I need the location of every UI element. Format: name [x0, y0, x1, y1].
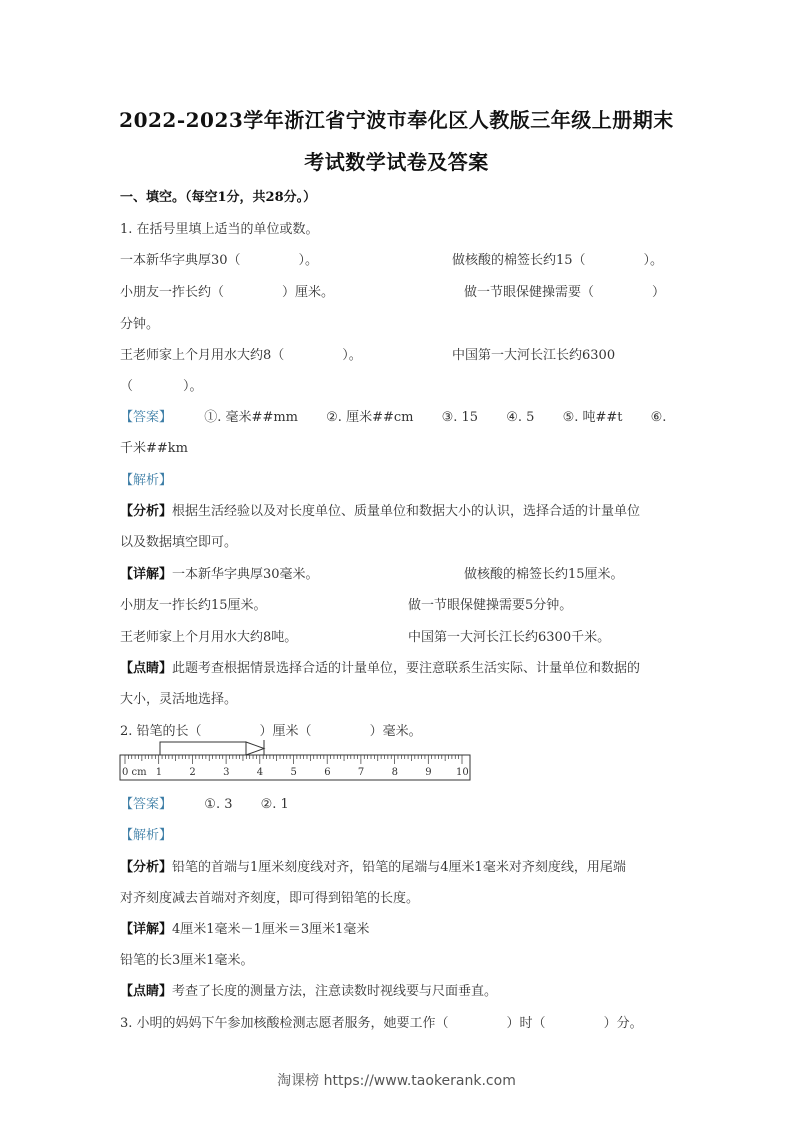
xiangjie-label: 【详解】: [120, 922, 172, 937]
answer-2: ②. 1: [261, 797, 289, 812]
q2-xiangjie-cont: 铅笔的长3厘米1毫米。: [120, 949, 254, 968]
answer-1: ①. 毫米##mm: [204, 410, 298, 425]
q2-xiangjie: 【详解】4厘米1毫米－1厘米＝3厘米1毫米: [120, 918, 369, 937]
q2-dianjing: 【点睛】考查了长度的测量方法，注意读数时视线要与尺面垂直。: [120, 980, 497, 999]
document-title-line2: 考试数学试卷及答案: [0, 146, 793, 175]
q1-item-3-tail: ）厘米。: [282, 285, 334, 300]
svg-text:9: 9: [425, 767, 431, 778]
answer-1: ①. 3: [204, 797, 232, 812]
q1-item-6: 中国第一大河长江长约6300: [452, 344, 615, 363]
q1-item-3: 小朋友一拃长约（）厘米。: [120, 281, 334, 300]
q2-stem-b: ）厘米（: [260, 724, 312, 739]
q1-xiangjie-3: 小朋友一拃长约15厘米。: [120, 594, 267, 613]
answer-6-cont: 千米##km: [120, 437, 188, 456]
q1-xiangjie-2: 做核酸的棉签长约15厘米。: [464, 563, 624, 582]
section-heading: 一、填空。（每空1分，共28分。）: [120, 186, 316, 205]
answer-label: 【答案】: [120, 410, 172, 425]
document-title-line1: 2022-2023学年浙江省宁波市奉化区人教版三年级上册期末: [0, 104, 793, 133]
q3-stem-a: 3. 小明的妈妈下午参加核酸检测志愿者服务，她要工作（: [120, 1016, 449, 1031]
svg-text:3: 3: [223, 767, 229, 778]
svg-text:7: 7: [358, 767, 364, 778]
ruler-figure: 0 cm12345678910: [118, 738, 474, 782]
dianjing-text: 此题考查根据情景选择合适的计量单位，要注意联系生活实际、计量单位和数据的: [172, 661, 640, 676]
answer-3: ③. 15: [442, 410, 478, 425]
q1-item-1: 一本新华字典厚30（）。: [120, 249, 318, 268]
answer-4: ④. 5: [506, 410, 534, 425]
answer-5: ⑤. 吨##t: [563, 410, 623, 425]
q1-item-2-text: 做核酸的棉签长约15（: [452, 253, 586, 268]
q2-answer-row: 【答案】 ①. 3 ②. 1: [120, 793, 289, 812]
q1-item-5: 王老师家上个月用水大约8（）。: [120, 344, 362, 363]
svg-text:10: 10: [456, 767, 469, 778]
svg-text:6: 6: [324, 767, 330, 778]
dianjing-label: 【点睛】: [120, 984, 172, 999]
q1-xiangjie-1: 【详解】一本新华字典厚30毫米。: [120, 563, 319, 582]
q1-dianjing-cont: 大小，灵活地选择。: [120, 688, 237, 707]
q1-fenxi: 【分析】根据生活经验以及对长度单位、质量单位和数据大小的认识，选择合适的计量单位: [120, 500, 640, 519]
analysis-label: 【解析】: [120, 469, 172, 488]
dianjing-text: 考查了长度的测量方法，注意读数时视线要与尺面垂直。: [172, 984, 497, 999]
q1-item-6-open: （: [120, 379, 133, 394]
q3-stem-b: ）时（: [507, 1016, 546, 1031]
q1-dianjing: 【点睛】此题考查根据情景选择合适的计量单位，要注意联系生活实际、计量单位和数据的: [120, 657, 640, 676]
q1-item-2-tail: ）。: [644, 253, 664, 268]
answer-2: ②. 厘米##cm: [326, 410, 413, 425]
q1-xiangjie-6: 中国第一大河长江长约6300千米。: [408, 626, 610, 645]
q1-item-4-cont: 分钟。: [120, 313, 159, 332]
svg-text:2: 2: [189, 767, 195, 778]
svg-text:0 cm: 0 cm: [122, 767, 147, 778]
xiangjie-text: 4厘米1毫米－1厘米＝3厘米1毫米: [172, 922, 369, 937]
q1-item-6-cont: （）。: [120, 375, 203, 394]
fenxi-text: 根据生活经验以及对长度单位、质量单位和数据大小的认识，选择合适的计量单位: [172, 504, 640, 519]
q1-xiangjie-5: 王老师家上个月用水大约8吨。: [120, 626, 297, 645]
answer-6: ⑥.: [651, 410, 667, 425]
q1-item-2: 做核酸的棉签长约15（）。: [452, 249, 663, 268]
q1-item-1-text: 一本新华字典厚30（: [120, 253, 241, 268]
q1-item-5-text: 王老师家上个月用水大约8（: [120, 348, 284, 363]
q1-fenxi-cont: 以及数据填空即可。: [120, 531, 237, 550]
q1-item-4: 做一节眼保健操需要（）: [464, 281, 665, 300]
fenxi-label: 【分析】: [120, 504, 172, 519]
question-1-stem: 1. 在括号里填上适当的单位或数。: [120, 218, 319, 237]
q3-stem-c: ）分。: [604, 1016, 643, 1031]
q1-xiangjie-4: 做一节眼保健操需要5分钟。: [408, 594, 572, 613]
ruler-with-pencil-svg: 0 cm12345678910: [118, 738, 474, 782]
q1-item-4-tail: ）: [652, 285, 665, 300]
footer-watermark: 淘课榜 https://www.taokerank.com: [0, 1070, 793, 1090]
q2-fenxi-cont: 对齐刻度减去首端对齐刻度，即可得到铅笔的长度。: [120, 887, 419, 906]
q2-stem-a: 2. 铅笔的长（: [120, 724, 202, 739]
svg-text:5: 5: [291, 767, 297, 778]
q2-stem-c: ）毫米。: [370, 724, 422, 739]
q1-answer-row: 【答案】 ①. 毫米##mm ②. 厘米##cm ③. 15 ④. 5 ⑤. 吨…: [120, 406, 666, 425]
q2-fenxi: 【分析】铅笔的首端与1厘米刻度线对齐，铅笔的尾端与4厘米1毫米对齐刻度线，用尾端: [120, 856, 626, 875]
fenxi-label: 【分析】: [120, 860, 172, 875]
question-3-stem: 3. 小明的妈妈下午参加核酸检测志愿者服务，她要工作（）时（）分。: [120, 1012, 643, 1031]
xiangjie-label: 【详解】: [120, 567, 172, 582]
answer-label: 【答案】: [120, 797, 172, 812]
analysis-label: 【解析】: [120, 824, 172, 843]
svg-text:8: 8: [392, 767, 398, 778]
fenxi-text: 铅笔的首端与1厘米刻度线对齐，铅笔的尾端与4厘米1毫米对齐刻度线，用尾端: [172, 860, 626, 875]
question-2-stem: 2. 铅笔的长（）厘米（）毫米。: [120, 720, 422, 739]
pencil-icon: [160, 740, 264, 757]
q1-item-6-tail: ）。: [183, 379, 203, 394]
xiangjie-text: 一本新华字典厚30毫米。: [172, 567, 319, 582]
dianjing-label: 【点睛】: [120, 661, 172, 676]
q1-item-3-text: 小朋友一拃长约（: [120, 285, 224, 300]
svg-text:1: 1: [156, 767, 162, 778]
exam-page: 2022-2023学年浙江省宁波市奉化区人教版三年级上册期末 考试数学试卷及答案…: [0, 0, 793, 1122]
q1-item-4-text: 做一节眼保健操需要（: [464, 285, 594, 300]
q1-item-1-tail: ）。: [299, 253, 319, 268]
svg-text:4: 4: [257, 767, 263, 778]
q1-item-5-tail: ）。: [342, 348, 362, 363]
